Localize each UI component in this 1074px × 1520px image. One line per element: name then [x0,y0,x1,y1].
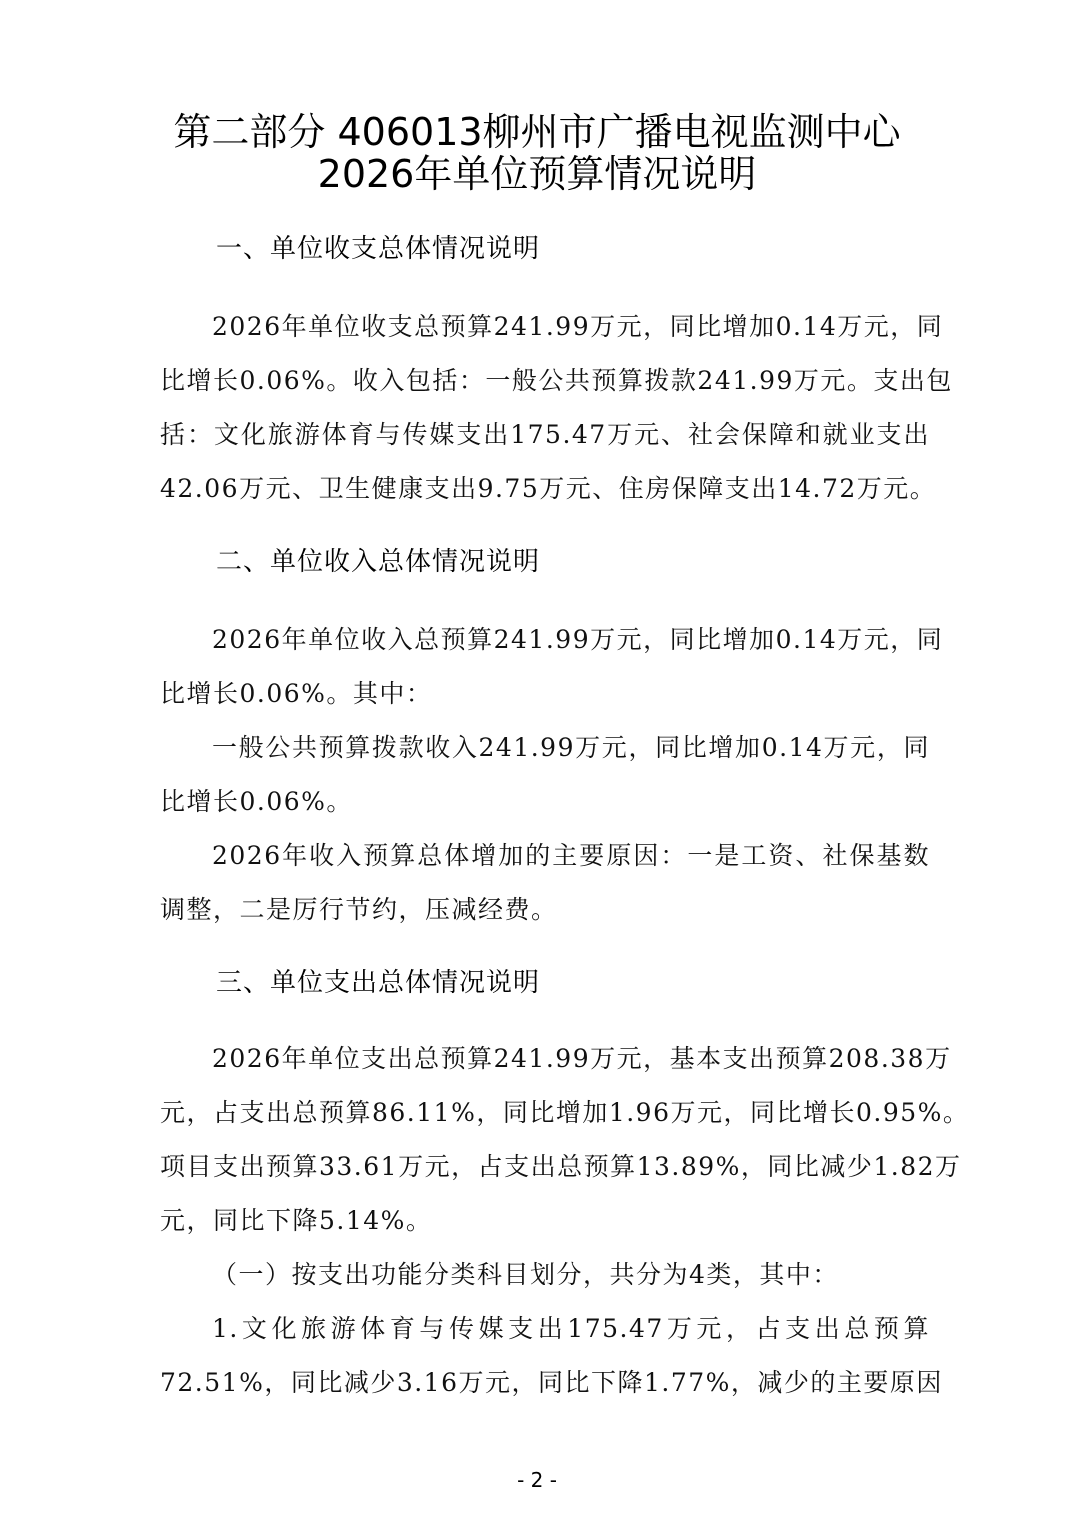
paragraph-line: 比增长0.06%。 [160,775,930,829]
paragraph-line: 2026年单位收入总预算241.99万元，同比增加0.14万元，同 [160,613,930,667]
section-heading-2: 二、单位收入总体情况说明 [216,545,540,579]
paragraph-line: 1.文化旅游体育与传媒支出175.47万元，占支出总预算 [160,1302,930,1356]
section-heading-3: 三、单位支出总体情况说明 [216,966,540,1000]
document-page: 第二部分 406013柳州市广播电视监测中心 2026年单位预算情况说明 一、单… [0,0,1074,1520]
paragraph-line: 2026年单位收支总预算241.99万元，同比增加0.14万元，同 [160,300,930,354]
paragraph-line: 元，占支出总预算86.11%，同比增加1.96万元，同比增长0.95%。 [160,1086,930,1140]
paragraph-line: 42.06万元、卫生健康支出9.75万元、住房保障支出14.72万元。 [160,462,930,516]
paragraph-line: 2026年收入预算总体增加的主要原因：一是工资、社保基数 [160,829,930,883]
section-heading-1: 一、单位收支总体情况说明 [216,232,540,266]
paragraph-line: 2026年单位支出总预算241.99万元，基本支出预算208.38万 [160,1032,930,1086]
page-number: - 2 - [0,1468,1074,1492]
paragraph-line: 项目支出预算33.61万元，占支出总预算13.89%，同比减少1.82万 [160,1140,930,1194]
paragraph-line: 72.51%，同比减少3.16万元，同比下降1.77%，减少的主要原因 [160,1356,930,1410]
paragraph-line: 一般公共预算拨款收入241.99万元，同比增加0.14万元，同 [160,721,930,775]
paragraph-line: 比增长0.06%。其中： [160,667,930,721]
paragraph-line: 元，同比下降5.14%。 [160,1194,930,1248]
section-3-body: 2026年单位支出总预算241.99万元，基本支出预算208.38万 元，占支出… [160,1032,930,1410]
paragraph-line: 括：文化旅游体育与传媒支出175.47万元、社会保障和就业支出 [160,408,930,462]
paragraph-line: 比增长0.06%。收入包括：一般公共预算拨款241.99万元。支出包 [160,354,930,408]
section-2-body: 2026年单位收入总预算241.99万元，同比增加0.14万元，同 比增长0.0… [160,613,930,937]
document-title-line2: 2026年单位预算情况说明 [0,149,1074,199]
section-1-body: 2026年单位收支总预算241.99万元，同比增加0.14万元，同 比增长0.0… [160,300,930,516]
paragraph-line: 调整，二是厉行节约，压减经费。 [160,883,930,937]
paragraph-line: （一）按支出功能分类科目划分，共分为4类，其中： [160,1248,930,1302]
